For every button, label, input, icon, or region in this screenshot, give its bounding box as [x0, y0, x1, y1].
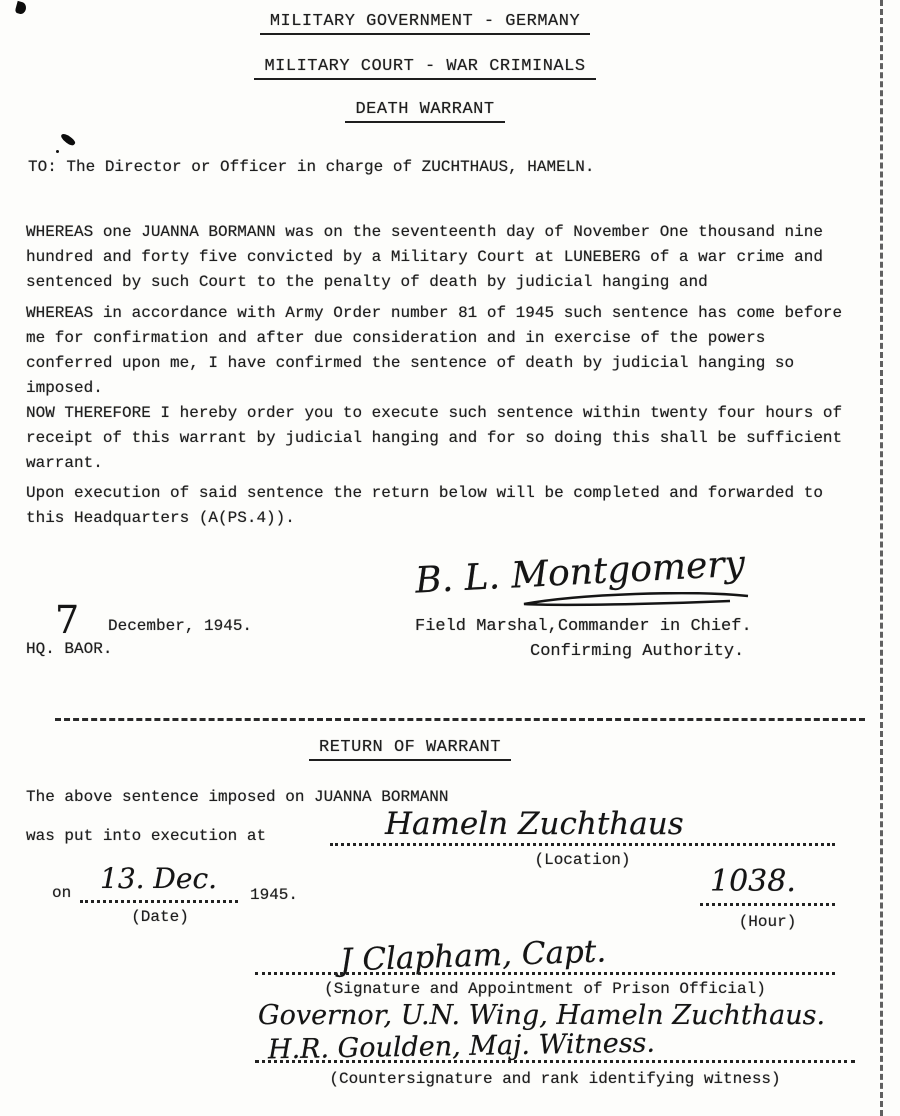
handwritten-date: 13. Dec.: [100, 862, 217, 895]
execution-at-line: was put into execution at: [26, 827, 266, 845]
date-line: December, 1945.: [108, 617, 252, 635]
signature-flourish: [520, 592, 750, 610]
paragraph-return-instruction: Upon execution of said sentence the retu…: [26, 481, 844, 531]
sentence-imposed-line: The above sentence imposed on JUANNA BOR…: [26, 788, 448, 806]
ink-blot: [60, 132, 77, 147]
date-label: (Date): [80, 908, 240, 926]
date-dotted-line: [80, 900, 238, 903]
handwritten-official-title: Governor, U.N. Wing, Hameln Zuchthaus.: [258, 1000, 825, 1031]
page-edge-line: [880, 0, 883, 1116]
to-line: TO: The Director or Officer in charge of…: [28, 158, 595, 176]
witness-signature-label: (Countersignature and rank identifying w…: [255, 1070, 855, 1088]
header-court-text: MILITARY COURT - WAR CRIMINALS: [254, 57, 595, 80]
death-warrant-document: MILITARY GOVERNMENT - GERMANY MILITARY C…: [0, 0, 900, 1116]
confirming-authority-line: Confirming Authority.: [530, 642, 744, 661]
return-of-warrant-text: RETURN OF WARRANT: [309, 738, 511, 761]
handwritten-hour: 1038.: [710, 864, 796, 899]
paragraph-order-execution: NOW THEREFORE I hereby order you to exec…: [26, 401, 844, 476]
field-marshal-line: Field Marshal,Commander in Chief.: [415, 617, 752, 636]
section-divider: [55, 718, 865, 721]
location-dotted-line: [330, 843, 835, 846]
hq-line: HQ. BAOR.: [26, 640, 112, 658]
paragraph-whereas-conviction: WHEREAS one JUANNA BORMANN was on the se…: [26, 220, 844, 295]
header-court: MILITARY COURT - WAR CRIMINALS: [0, 57, 850, 76]
official-signature-label: (Signature and Appointment of Prison Off…: [255, 980, 835, 998]
hour-dotted-line: [700, 903, 835, 906]
header-government: MILITARY GOVERNMENT - GERMANY: [0, 12, 850, 31]
paragraph-whereas-confirmation: WHEREAS in accordance with Army Order nu…: [26, 301, 844, 401]
return-of-warrant-title: RETURN OF WARRANT: [0, 738, 820, 757]
on-label: on: [52, 884, 71, 902]
header-death-warrant: DEATH WARRANT: [0, 100, 850, 119]
montgomery-signature: B. L. Montgomery: [414, 543, 746, 601]
header-death-warrant-text: DEATH WARRANT: [345, 100, 504, 123]
official-dotted-line: [255, 972, 835, 975]
handwritten-day: 7: [55, 598, 79, 642]
header-government-text: MILITARY GOVERNMENT - GERMANY: [260, 12, 590, 35]
hour-label: (Hour): [700, 913, 835, 931]
handwritten-location: Hameln Zuchthaus: [385, 806, 684, 842]
ink-speck: [56, 150, 59, 153]
witness-dotted-line: [255, 1060, 855, 1063]
year-value: 1945.: [250, 886, 298, 904]
